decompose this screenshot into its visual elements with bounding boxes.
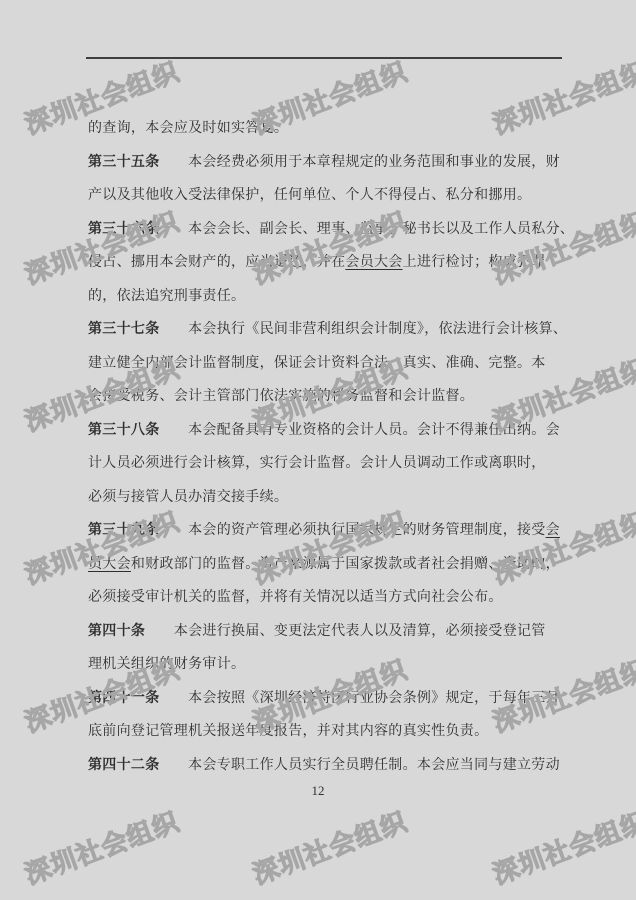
- watermark: 深圳社会组织: [488, 204, 636, 291]
- watermark: 深圳社会组织: [20, 204, 184, 291]
- watermark: 深圳社会组织: [488, 804, 636, 891]
- article-number: 第三十八条: [88, 423, 160, 438]
- article-number: 第四十二条: [88, 758, 160, 773]
- doc-line-15: 必须接受审计机关的监督，并将有关情况以适当方式向社会公布。: [88, 588, 574, 608]
- page-number: 12: [0, 783, 636, 799]
- article-number: 第三十七条: [88, 322, 160, 337]
- doc-line-5: 侵占、挪用本会财产的，应当退还，并在会员大会上进行检讨；构成犯罪: [88, 253, 574, 273]
- watermark: 深圳社会组织: [248, 204, 412, 291]
- doc-line-11: 计人员必须进行会计核算，实行会计监督。会计人员调动工作或离职时，: [88, 454, 574, 474]
- doc-line-7: 第三十七条 本会执行《民间非营利组织会计制度》，依法进行会计核算、: [88, 320, 574, 340]
- article-number: 第三十六条: [88, 222, 160, 237]
- doc-line-9: 会接受税务、会计主管部门依法实施的税务监督和会计监督。: [88, 387, 574, 407]
- doc-line-1: 的查询，本会应及时如实答复。: [88, 119, 574, 139]
- watermark: 深圳社会组织: [488, 504, 636, 591]
- doc-line-3: 产以及其他收入受法律保护，任何单位、个人不得侵占、私分和挪用。: [88, 186, 574, 206]
- document-page: 的查询，本会应及时如实答复。 第三十五条 本会经费必须用于本章程规定的业务范围和…: [0, 0, 636, 900]
- doc-line-2: 第三十五条 本会经费必须用于本章程规定的业务范围和事业的发展，财: [88, 153, 574, 173]
- doc-line-6: 的，依法追究刑事责任。: [88, 287, 574, 307]
- doc-line-16: 第四十条 本会进行换届、变更法定代表人以及清算，必须接受登记管: [88, 622, 574, 642]
- article-number: 第三十五条: [88, 155, 160, 170]
- watermark: 深圳社会组织: [248, 804, 412, 891]
- doc-line-14: 员大会和财政部门的监督。资产来源属于国家拨款或者社会捐赠、资助的，: [88, 555, 574, 575]
- header-rule: [86, 57, 562, 59]
- doc-line-18: 第四十一条 本会按照《深圳经济特区行业协会条例》规定，于每年三月: [88, 689, 574, 709]
- doc-line-8: 建立健全内部会计监督制度，保证会计资料合法、真实、准确、完整。本: [88, 354, 574, 374]
- doc-line-20: 第四十二条 本会专职工作人员实行全员聘任制。本会应当同与建立劳动: [88, 756, 574, 776]
- doc-line-17: 理机关组织的财务审计。: [88, 655, 574, 675]
- doc-line-19: 底前向登记管理机关报送年度报告，并对其内容的真实性负责。: [88, 722, 574, 742]
- watermark: 深圳社会组织: [20, 804, 184, 891]
- doc-line-12: 必须与接管人员办清交接手续。: [88, 488, 574, 508]
- doc-line-13: 第三十九条 本会的资产管理必须执行国家规定的财务管理制度，接受会: [88, 521, 574, 541]
- doc-line-10: 第三十八条 本会配备具有专业资格的会计人员。会计不得兼任出纳。会: [88, 421, 574, 441]
- watermark: 深圳社会组织: [248, 504, 412, 591]
- article-number: 第三十九条: [88, 523, 160, 538]
- doc-line-4: 第三十六条 本会会长、副会长、理事、监事、秘书长以及工作人员私分、: [88, 220, 574, 240]
- article-number: 第四十条: [88, 624, 145, 639]
- article-number: 第四十一条: [88, 691, 160, 706]
- watermark: 深圳社会组织: [20, 504, 184, 591]
